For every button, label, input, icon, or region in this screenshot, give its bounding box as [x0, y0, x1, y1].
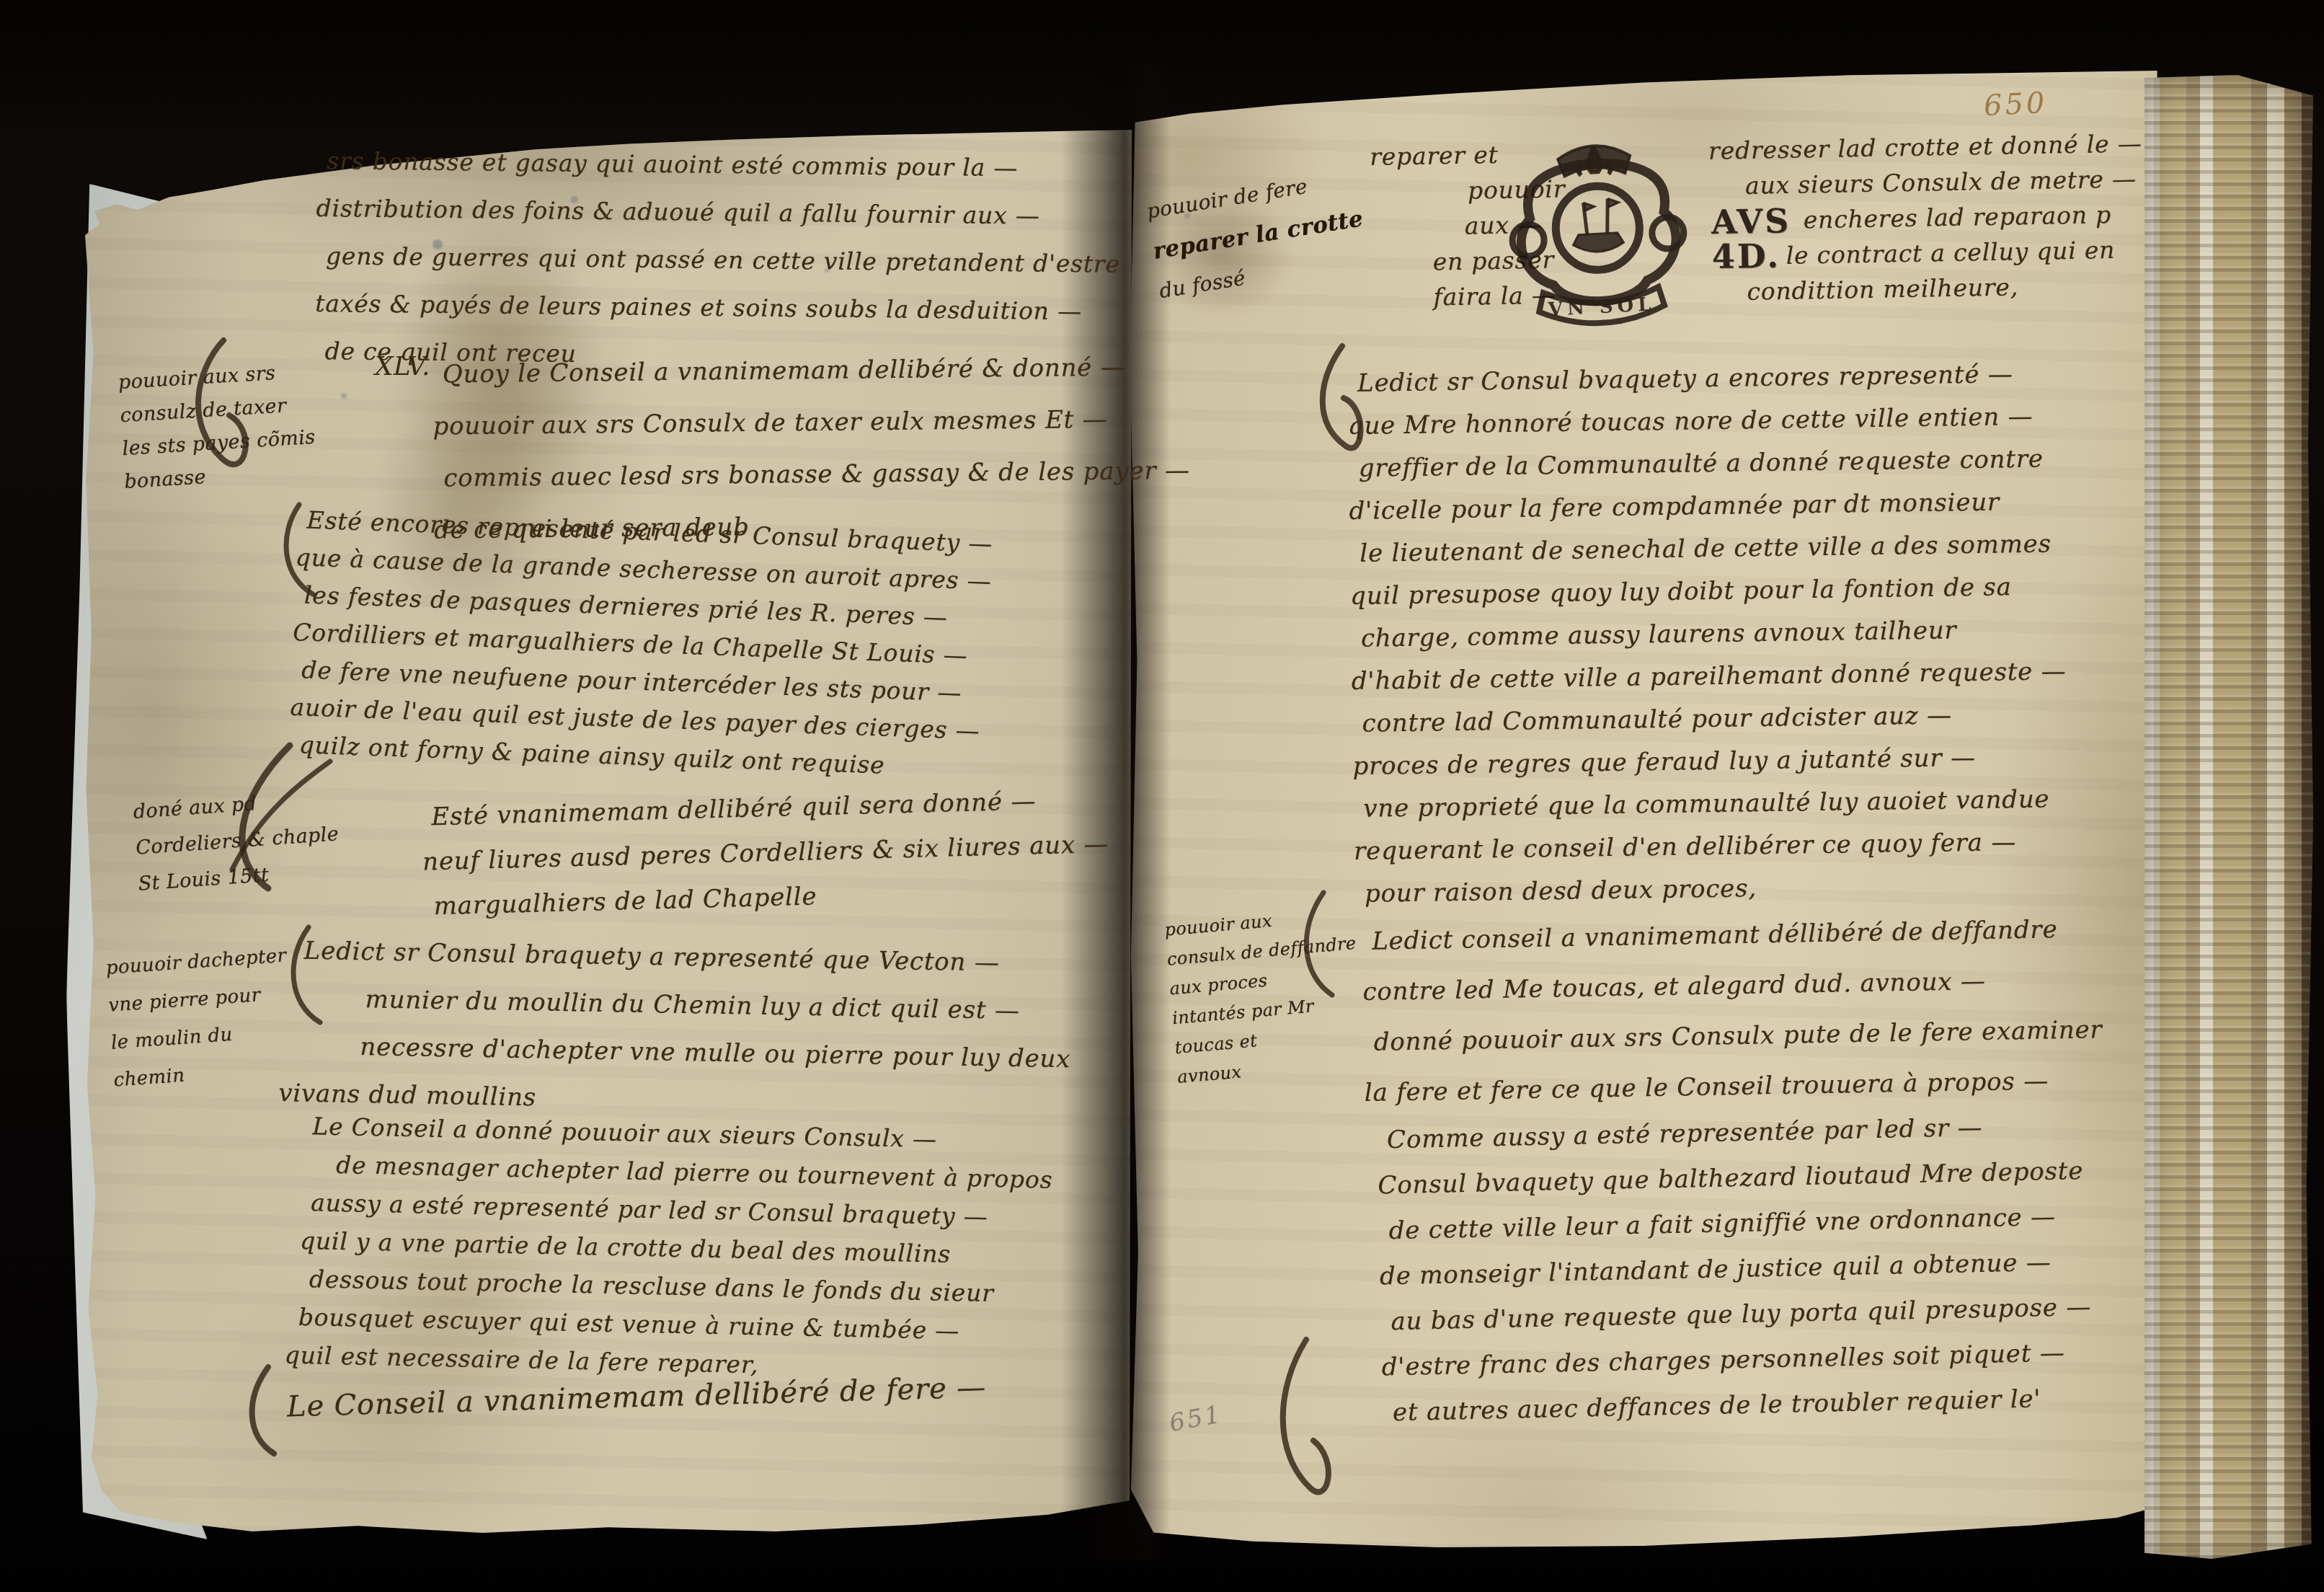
wrapped-text-line: faira la —condittion meilheure, [1372, 284, 1372, 319]
text-line: Quoy le Conseil a vnanimemam dellibéré &… [443, 341, 1189, 401]
paper-tax-stamp: VN SOL AVS 4D. [1495, 116, 1817, 355]
text-line: srs bonasse et gasay qui auoint esté com… [327, 137, 1122, 193]
stamp-side-line1: AVS [1711, 203, 1791, 239]
folio-number: 650 [1983, 87, 2049, 123]
line-right-fragment: encheres lad reparaon p [1803, 200, 2111, 234]
text-line: distribution des foins & aduoué quil a f… [316, 185, 1121, 241]
left-paragraph-3: Esté encores representé par led sr Consu… [298, 501, 993, 787]
wrapped-text-line: reparer etredresser lad crotte et donné … [1370, 143, 1370, 178]
right-margin-note-2: pouuoir auxconsulx de deffandreaux proce… [1163, 899, 1368, 1092]
wrapped-text-line: pouuoiraux sieurs Consulx de metre — [1370, 178, 1371, 213]
stamp-side-line2: 4D. [1711, 238, 1791, 274]
left-margin-note-3: pouuoir dacheptervne pierre pourle mouli… [105, 937, 296, 1099]
text-line: gens de guerres qui ont passé en cette v… [326, 232, 1121, 288]
wrapped-text-line: aux —encheres lad reparaon p [1371, 213, 1372, 249]
handwritten-content-layer: 650 651 srs bonasse et gasay qui auoint … [0, 0, 2324, 1592]
deliberation-number: XLV. [375, 352, 430, 381]
manuscript-photograph: VN SOL AVS 4D. 650 651 srs bonasse et ga… [0, 0, 2324, 1592]
wrapped-text-line: en passerle contract a celluy qui en [1371, 249, 1372, 284]
text-line: pouuoir aux srs Consulx de taxer eulx me… [433, 393, 1189, 453]
pencil-folio-number: 651 [1167, 1399, 1225, 1438]
left-paragraph-6: Le Conseil a donné pouuoir aux sieurs Co… [307, 1107, 1054, 1389]
left-margin-note-2: doné aux pdCordeliers & chapleSt Louis 1… [132, 780, 342, 902]
right-paragraph-2: Ledict sr Consul bvaquety a encores repr… [1357, 353, 2070, 916]
right-paragraph-3: Ledict conseil a vnanimemant déllibéré d… [1372, 903, 2104, 1118]
line-left-fragment: reparer et [1370, 141, 1499, 171]
right-paragraph-1: reparer etredresser lad crotte et donné … [1370, 143, 1372, 319]
stamp-side-text: AVS 4D. [1711, 203, 1792, 274]
right-paragraph-4: Comme aussy a esté representée par led s… [1386, 1103, 2093, 1436]
left-margin-note-1: pouuoir aux srsconsulz de taxerles sts p… [117, 355, 319, 499]
right-margin-note-1: pouuoir de ferereparer la crottedu fossé [1144, 159, 1372, 311]
text-line: commis auec lesd srs bonasse & gassay & … [443, 445, 1190, 505]
left-paragraph-5: Ledict sr Consul braquety a representé q… [301, 927, 1073, 1131]
left-paragraph-4: Esté vnanimemam dellibéré quil sera donn… [431, 777, 1111, 929]
line-right-fragment: le contract a celluy qui en [1786, 236, 2115, 270]
text-line: taxés & payés de leurs paines et soins s… [315, 280, 1120, 336]
